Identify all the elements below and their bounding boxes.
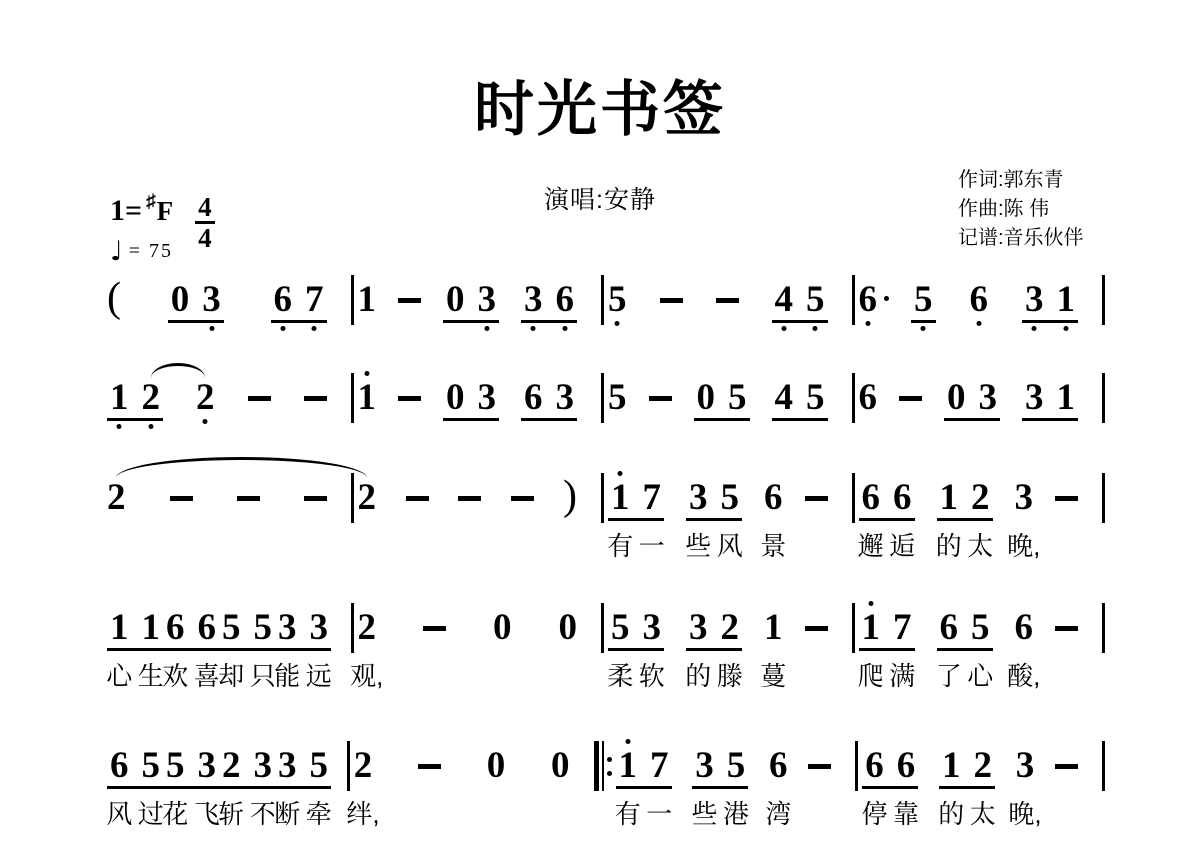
tempo-marking: ♩ = 75 [110,238,173,265]
note-6: 6喜 [198,611,217,645]
note-5: 5 [806,283,825,317]
measure: 1心1生6欢6喜5却5只3能3远 [103,611,351,651]
note-3: 3些 [689,481,708,515]
note-digit: 7 [643,481,662,514]
lyric-syllable: 靠 [893,799,919,829]
note-digit: 6 [859,283,878,316]
octave-dot-low [209,326,214,331]
lyric-syllable: 风 [717,531,743,561]
lyric-syllable: 软 [639,661,665,691]
lyric-syllable: 却 [218,661,244,691]
beam-group: 3断5牵 [275,749,331,789]
measure: 1爬7满6了5心6酸, [855,611,1103,651]
note-1: 1蔓 [764,611,783,645]
note-digit: 5 [222,611,241,644]
note-6: 6邂 [862,481,881,515]
beam-group: 3的2滕 [686,611,742,651]
barline [1102,275,1105,325]
lyric-syllable: 港 [723,799,749,829]
note-digit: 1 [110,611,129,644]
note-6: 6 [524,381,543,415]
note-3: 3晚, [1015,481,1034,515]
measure: 1有7一3些5风6景 [604,481,852,521]
octave-dot-low [813,326,818,331]
note-6: 6靠 [897,749,916,783]
note-digit: 5 [254,611,273,644]
beam-group: 36 [521,283,577,323]
note-digit: 7 [305,283,324,316]
note-1: 1的 [942,749,961,783]
lyric-syllable: 景 [760,531,786,561]
beam-group: 5却5只 [219,611,275,651]
note-digit: 3 [643,611,662,644]
lyric-syllable: 些 [691,799,717,829]
open-paren: ( [107,280,121,316]
barline [1102,373,1105,423]
duration-dash [899,396,922,401]
repeat-thick-line [594,741,599,791]
lyric-syllable: 的 [938,799,964,829]
duration-dash [170,496,193,501]
note-3: 3 [1025,283,1044,317]
note-digit: 1 [358,283,377,316]
octave-dot-low [484,326,489,331]
note-digit: 6 [769,749,788,782]
barline [1102,473,1105,523]
octave-dot-low [531,326,536,331]
note-2: 2太 [974,749,993,783]
note-digit: 1 [1057,283,1076,316]
note-6: 6欢 [166,611,185,645]
note-1: 1 [358,283,377,317]
note-digit: 3 [689,611,708,644]
score-line-5: 6风5过5花3飞2斩3不3断5牵2绊,001有7一3些5港6湾6停6靠1的2太3… [103,749,1105,789]
note-3: 3 [524,283,543,317]
sharp-icon: ♯ [146,192,156,211]
note-5: 5心 [971,611,990,645]
note-6: 6停 [865,749,884,783]
duration-dash [716,298,739,303]
note-digit: 3 [310,611,329,644]
note-digit: 4 [775,381,794,414]
lyric-syllable: 晚, [1008,799,1041,829]
lyric-syllable: 太 [967,531,993,561]
note-2: 2 [107,481,126,515]
score-line-1: (03671033654565631 [103,283,1105,323]
note-digit: 3 [202,283,221,316]
duration-dash [418,764,441,769]
lyric-syllable: 的 [685,661,711,691]
measure: 6停6靠1的2太3晚, [858,749,1102,789]
note-6: 6逅 [893,481,912,515]
beam-group: 45 [772,283,828,323]
duration-dash [248,396,271,401]
note-digit: 6 [940,611,959,644]
lyric-syllable: 有 [615,799,641,829]
note-1: 1爬 [862,611,881,645]
octave-dot-low [781,326,786,331]
lyric-syllable: 蔓 [760,661,786,691]
tie-arc [151,363,206,378]
note-0: 0 [446,283,465,317]
octave-dot-low [976,321,981,326]
note-3: 3晚, [1016,749,1035,783]
beam-group: 3些5风 [686,481,742,521]
lyric-syllable: 欢 [162,661,188,691]
note-0: 0 [446,381,465,415]
beam-group: 1有7一 [616,749,672,789]
note-digit: 3 [1025,283,1044,316]
note-digit: 2 [974,749,993,782]
note-digit: 6 [556,283,575,316]
score-line-2: 122103635054560331 [103,381,1105,421]
note-digit: 6 [274,283,293,316]
augmentation-dot [884,296,889,301]
lyric-syllable: 晚, [1007,531,1040,561]
note-5: 5 [914,283,933,317]
beam-group: 1的2太 [939,749,995,789]
lyric-syllable: 太 [970,799,996,829]
note-1: 1的 [940,481,959,515]
beam-group: 6邂6逅 [859,481,915,521]
duration-dash [406,496,429,501]
lyric-syllable: 一 [639,531,665,561]
octave-dot-low [312,326,317,331]
measure: 6邂6逅1的2太3晚, [855,481,1103,521]
lyric-syllable: 心 [967,661,993,691]
note-6: 6了 [940,611,959,645]
beam-group: 31 [1022,381,1078,421]
beam-group: 03 [168,283,224,323]
note-digit: 3 [1025,381,1044,414]
measure: (0367 [103,283,351,323]
note-3: 3 [979,381,998,415]
note-digit: 3 [1015,481,1034,514]
note-5: 5柔 [611,611,630,645]
sheet-music-page: 时光书签 演唱:安静 作词:郭东青 作曲:陈 伟 记谱:音乐伙伴 1= ♯ F … [0,0,1200,850]
note-3: 3能 [278,611,297,645]
note-digit: 6 [862,481,881,514]
lyric-syllable: 滕 [717,661,743,691]
note-4: 4 [775,283,794,317]
note-0: 0 [493,611,512,645]
note-digit: 3 [695,749,714,782]
note-digit: 5 [166,749,185,782]
lyric-syllable: 酸, [1007,661,1040,691]
measure: 1有7一3些5港6湾 [612,749,856,789]
note-digit: 1 [358,381,377,414]
note-digit: 1 [862,611,881,644]
measure: 122 [103,381,351,421]
token-row: 22)1有7一3些5风6景6邂6逅1的2太3晚, [103,481,1105,521]
note-6: 6湾 [769,749,788,783]
duration-dash [805,626,828,631]
note-5: 5风 [721,481,740,515]
lyric-syllable: 心 [106,661,132,691]
note-1: 1有 [619,749,638,783]
token-row: 1心1生6欢6喜5却5只3能3远2观,005柔3软3的2滕1蔓1爬7满6了5心6… [103,611,1105,651]
lyric-syllable: 过 [138,799,164,829]
lyric-syllable: 绊, [346,799,379,829]
duration-dash [649,396,672,401]
measure: 60331 [855,381,1103,421]
beam-group: 6风5过 [107,749,163,789]
note-2: 2 [142,381,161,415]
beam-group: 03 [443,283,499,323]
note-digit: 5 [611,611,630,644]
note-6: 6酸, [1015,611,1034,645]
octave-dot-low [203,419,208,424]
octave-dot-low [562,326,567,331]
lyric-syllable: 些 [685,531,711,561]
note-7: 7一 [650,749,669,783]
beam-group: 3能3远 [275,611,331,651]
note-2: 2太 [971,481,990,515]
note-6: 6 [859,283,878,317]
note-5: 5 [608,283,627,317]
score-line-4: 1心1生6欢6喜5却5只3能3远2观,005柔3软3的2滕1蔓1爬7满6了5心6… [103,611,1105,651]
duration-dash [1055,626,1078,631]
measure: 10363 [354,381,602,421]
note-digit: 1 [942,749,961,782]
note-digit: 5 [608,283,627,316]
duration-dash [304,496,327,501]
duration-dash [237,496,260,501]
measure: 65631 [855,283,1103,323]
duration-dash [458,496,481,501]
note-1: 1有 [611,481,630,515]
note-digit: 5 [727,749,746,782]
note-digit: 1 [619,749,638,782]
lyric-syllable: 满 [889,661,915,691]
key-note: F [157,194,174,228]
measure: 6风5过5花3飞2斩3不3断5牵 [103,749,347,789]
note-digit: 5 [142,749,161,782]
note-digit: 3 [524,283,543,316]
note-digit: 1 [110,381,129,414]
note-digit: 6 [524,381,543,414]
note-0: 0 [947,381,966,415]
lyric-syllable: 风 [106,799,132,829]
note-digit: 7 [650,749,669,782]
beam-group: 6了5心 [937,611,993,651]
note-digit: 2 [358,481,377,514]
note-digit: 5 [310,749,329,782]
octave-dot-low [865,321,870,326]
note-digit: 0 [446,381,465,414]
lyric-syllable: 飞 [194,799,220,829]
note-digit: 2 [196,381,215,414]
note-6: 6 [274,283,293,317]
time-denominator: 4 [198,224,212,251]
lyric-syllable: 能 [274,661,300,691]
note-3: 3些 [695,749,714,783]
note-digit: 6 [166,611,185,644]
lyric-syllable: 牵 [306,799,332,829]
note-digit: 0 [947,381,966,414]
note-digit: 3 [478,283,497,316]
measure: 2绊,00 [350,749,594,783]
duration-dash [1055,496,1078,501]
credit-composer: 作曲:陈 伟 [958,195,1084,224]
lyric-syllable: 柔 [607,661,633,691]
octave-dot-high [618,471,623,476]
note-digit: 3 [278,611,297,644]
duration-dash [660,298,683,303]
note-digit: 3 [278,749,297,782]
measure: 2) [354,481,602,515]
note-0: 0 [559,611,578,645]
note-digit: 6 [198,611,217,644]
note-digit: 2 [358,611,377,644]
duration-dash [511,496,534,501]
octave-dot-high [625,739,630,744]
note-6: 6景 [764,481,783,515]
token-row: 6风5过5花3飞2斩3不3断5牵2绊,001有7一3些5港6湾6停6靠1的2太3… [103,749,1105,789]
note-digit: 1 [764,611,783,644]
note-7: 7 [305,283,324,317]
note-digit: 0 [171,283,190,316]
lyric-syllable: 喜 [194,661,220,691]
barline [1102,603,1105,653]
note-digit: 1 [142,611,161,644]
note-digit: 6 [1015,611,1034,644]
note-3: 3 [478,283,497,317]
measure: 10336 [354,283,602,323]
time-signature: 4 4 [195,194,215,251]
beam-group: 45 [772,381,828,421]
octave-dot-low [1063,326,1068,331]
note-digit: 0 [551,749,570,782]
note-6: 6 [859,381,878,415]
beam-group: 05 [694,381,750,421]
note-3: 3 [556,381,575,415]
beam-group: 1心1生 [107,611,163,651]
lyric-syllable: 一 [646,799,672,829]
octave-dot-low [615,321,620,326]
lyric-syllable: 了 [936,661,962,691]
note-5: 5过 [142,749,161,783]
note-0: 0 [697,381,716,415]
quarter-note-icon: ♩ [110,238,123,265]
note-digit: 2 [107,481,126,514]
note-digit: 6 [859,381,878,414]
repeat-thin-line [602,741,604,791]
note-1: 1 [1057,283,1076,317]
note-digit: 2 [142,381,161,414]
measure: 2观,00 [354,611,602,645]
song-title: 时光书签 [0,80,1200,140]
note-5: 5 [728,381,747,415]
note-digit: 5 [914,283,933,316]
lyric-syllable: 生 [138,661,164,691]
note-3: 3不 [254,749,273,783]
note-digit: 2 [971,481,990,514]
note-1: 1生 [142,611,161,645]
note-6: 6风 [110,749,129,783]
note-0: 0 [487,749,506,783]
measure: 5柔3软3的2滕1蔓 [604,611,852,651]
notation-area: (0367103365456563112210363505456033122)1… [103,283,1105,789]
note-2: 2滕 [721,611,740,645]
tie-arc [116,457,367,478]
beam-group: 3些5港 [692,749,748,789]
tempo-value: = 75 [129,240,173,263]
note-digit: 6 [865,749,884,782]
note-5: 5只 [254,611,273,645]
beam-group: 1爬7满 [859,611,915,651]
lyric-syllable: 只 [250,661,276,691]
duration-dash [398,396,421,401]
note-2: 2观, [358,611,377,645]
note-5: 5 [806,381,825,415]
duration-dash [1055,764,1078,769]
lyric-syllable: 的 [936,531,962,561]
note-digit: 1 [940,481,959,514]
beam-group: 5柔3软 [608,611,664,651]
note-digit: 5 [728,381,747,414]
note-digit: 5 [806,283,825,316]
credit-lyricist: 作词:郭东青 [958,166,1084,195]
credits-block: 作词:郭东青 作曲:陈 伟 记谱:音乐伙伴 [958,166,1084,253]
note-digit: 0 [697,381,716,414]
beam-group: 6停6靠 [862,749,918,789]
note-3: 3的 [689,611,708,645]
note-2: 2 [196,381,215,415]
beam-group: 1的2太 [937,481,993,521]
note-digit: 5 [971,611,990,644]
beam-group: 31 [1022,283,1078,323]
duration-dash [423,626,446,631]
octave-dot-low [117,424,122,429]
note-digit: 3 [979,381,998,414]
beam-group: 1有7一 [608,481,664,521]
note-1: 1 [1057,381,1076,415]
note-0: 0 [551,749,570,783]
note-digit: 0 [487,749,506,782]
note-digit: 5 [608,381,627,414]
octave-dot-low [921,326,926,331]
lyric-syllable: 远 [306,661,332,691]
note-3: 3 [478,381,497,415]
note-5: 5 [608,381,627,415]
note-1: 1 [358,381,377,415]
lyric-syllable: 斩 [218,799,244,829]
lyric-syllable: 有 [607,531,633,561]
duration-dash [805,496,828,501]
note-digit: 5 [806,381,825,414]
duration-dash [808,764,831,769]
octave-dot-low [280,326,285,331]
note-digit: 3 [254,749,273,782]
note-digit: 6 [764,481,783,514]
lyric-syllable: 花 [162,799,188,829]
note-3: 3 [1025,381,1044,415]
octave-dot-low [1032,326,1037,331]
note-7: 7一 [643,481,662,515]
beam-group: 12 [107,381,163,421]
beam-group: 6欢6喜 [163,611,219,651]
octave-dot-low [148,424,153,429]
note-5: 5港 [727,749,746,783]
note-5: 5牵 [310,749,329,783]
note-1: 1 [110,381,129,415]
note-3: 3飞 [198,749,217,783]
note-2: 2斩 [222,749,241,783]
lyric-syllable: 邂 [858,531,884,561]
note-digit: 0 [493,611,512,644]
lyric-syllable: 停 [861,799,887,829]
